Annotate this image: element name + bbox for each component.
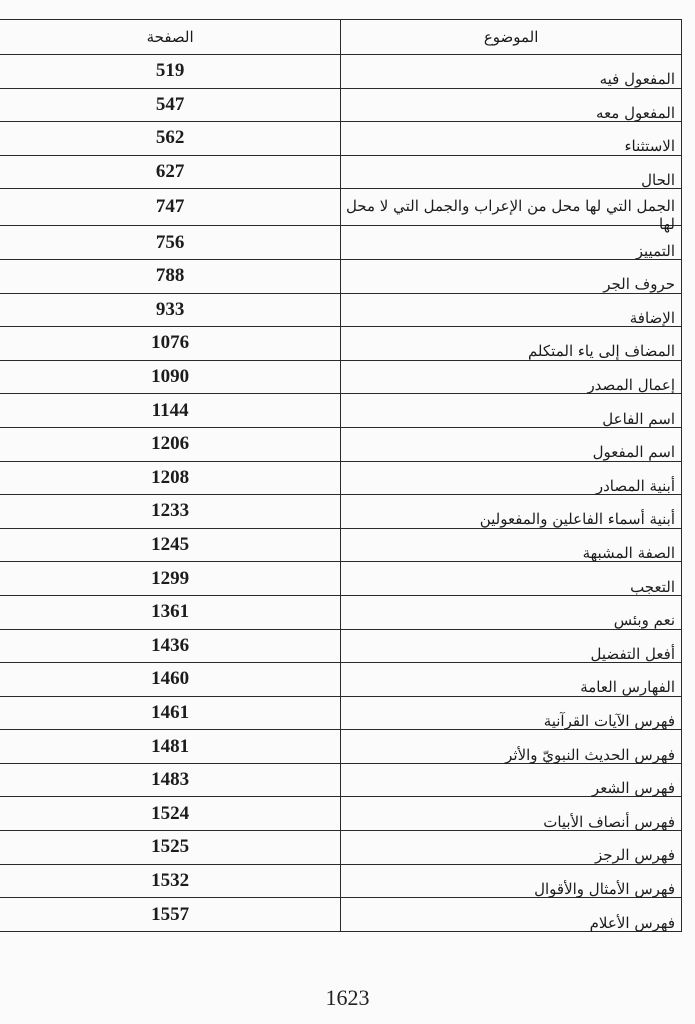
row-page-number: 1461: [0, 696, 341, 730]
row-topic: الصفة المشبهة: [583, 544, 675, 562]
row-page-number: 519: [0, 55, 341, 89]
row-topic: التمييز: [636, 242, 675, 260]
table-row: 1557فهرس الأعلام: [0, 898, 682, 932]
row-page-number: 1557: [0, 898, 341, 932]
row-page-number: 1524: [0, 797, 341, 831]
table-header-row: الصفحة الموضوع: [0, 20, 682, 55]
table-row: 1532فهرس الأمثال والأقوال: [0, 864, 682, 898]
row-page-number: 1460: [0, 663, 341, 697]
row-page-number: 1233: [0, 495, 341, 529]
row-topic-cell: التعجب: [341, 562, 682, 596]
row-page-number: 1436: [0, 629, 341, 663]
row-topic-cell: إعمال المصدر: [341, 360, 682, 394]
row-page-number: 562: [0, 122, 341, 156]
row-topic-cell: الفهارس العامة: [341, 663, 682, 697]
row-topic: إعمال المصدر: [587, 376, 675, 394]
row-page-number: 1361: [0, 595, 341, 629]
row-topic: المضاف إلى ياء المتكلم: [528, 342, 675, 360]
row-topic: فهرس الأمثال والأقوال: [534, 880, 675, 898]
row-page-number: 1090: [0, 360, 341, 394]
row-page-number: 788: [0, 259, 341, 293]
row-topic: الحال: [641, 171, 675, 189]
row-topic-cell: الاستثناء: [341, 122, 682, 156]
table-row: 1436أفعل التفضيل: [0, 629, 682, 663]
row-page-number: 1299: [0, 562, 341, 596]
row-topic: أبنية المصادر: [596, 477, 675, 495]
row-page-number: 1532: [0, 864, 341, 898]
row-topic-cell: الجمل التي لها محل من الإعراب والجمل الت…: [341, 189, 682, 226]
row-page-number: 756: [0, 226, 341, 260]
table-row: 1460الفهارس العامة: [0, 663, 682, 697]
header-topic: الموضوع: [341, 20, 682, 55]
row-topic-cell: فهرس الحديث النبويّ والأثر: [341, 730, 682, 764]
row-topic: الاستثناء: [625, 137, 676, 155]
table-row: 788حروف الجر: [0, 259, 682, 293]
table-row: 747الجمل التي لها محل من الإعراب والجمل …: [0, 189, 682, 226]
row-topic: المفعول معه: [596, 104, 675, 122]
table-row: 547المفعول معه: [0, 88, 682, 122]
row-page-number: 547: [0, 88, 341, 122]
row-page-number: 1208: [0, 461, 341, 495]
row-topic-cell: اسم المفعول: [341, 427, 682, 461]
table-row: 1361نعم وبئس: [0, 595, 682, 629]
table-row: 1481فهرس الحديث النبويّ والأثر: [0, 730, 682, 764]
table-row: 1206اسم المفعول: [0, 427, 682, 461]
row-page-number: 627: [0, 155, 341, 189]
table-row: 1144اسم الفاعل: [0, 394, 682, 428]
table-body: 519المفعول فيه547المفعول معه562الاستثناء…: [0, 55, 682, 932]
row-topic: المفعول فيه: [600, 70, 675, 88]
row-topic-cell: نعم وبئس: [341, 595, 682, 629]
row-topic: الفهارس العامة: [580, 678, 675, 696]
row-topic: الإضافة: [630, 309, 675, 327]
row-topic-cell: المفعول فيه: [341, 55, 682, 89]
row-topic-cell: الصفة المشبهة: [341, 528, 682, 562]
row-topic: أفعل التفضيل: [591, 645, 675, 663]
row-topic-cell: الحال: [341, 155, 682, 189]
row-topic: فهرس الشعر: [592, 779, 675, 797]
row-topic: أبنية أسماء الفاعلين والمفعولين: [480, 510, 675, 528]
table-row: 1299التعجب: [0, 562, 682, 596]
row-topic-cell: فهرس الرجز: [341, 831, 682, 865]
row-topic-cell: فهرس أنصاف الأبيات: [341, 797, 682, 831]
table-row: 1245الصفة المشبهة: [0, 528, 682, 562]
row-topic-cell: الإضافة: [341, 293, 682, 327]
row-topic: فهرس أنصاف الأبيات: [543, 813, 675, 831]
row-topic-cell: فهرس الآيات القرآنية: [341, 696, 682, 730]
row-page-number: 747: [0, 189, 341, 226]
table-row: 1525فهرس الرجز: [0, 831, 682, 865]
row-topic: الجمل التي لها محل من الإعراب والجمل الت…: [341, 197, 675, 233]
row-topic-cell: المضاف إلى ياء المتكلم: [341, 327, 682, 361]
row-page-number: 1076: [0, 327, 341, 361]
row-topic: فهرس الرجز: [595, 846, 675, 864]
row-topic-cell: اسم الفاعل: [341, 394, 682, 428]
row-topic: فهرس الأعلام: [590, 914, 675, 932]
row-topic-cell: فهرس الأمثال والأقوال: [341, 864, 682, 898]
table-row: 627الحال: [0, 155, 682, 189]
row-topic: فهرس الحديث النبويّ والأثر: [505, 746, 675, 764]
table-of-contents: الصفحة الموضوع 519المفعول فيه547المفعول …: [0, 19, 682, 932]
row-topic-cell: المفعول معه: [341, 88, 682, 122]
document-page: الصفحة الموضوع 519المفعول فيه547المفعول …: [0, 0, 695, 1024]
row-topic-cell: أبنية المصادر: [341, 461, 682, 495]
table-row: 1233أبنية أسماء الفاعلين والمفعولين: [0, 495, 682, 529]
table-row: 1524فهرس أنصاف الأبيات: [0, 797, 682, 831]
table-row: 562الاستثناء: [0, 122, 682, 156]
table-row: 519المفعول فيه: [0, 55, 682, 89]
row-page-number: 1483: [0, 763, 341, 797]
row-topic: نعم وبئس: [614, 611, 675, 629]
table-row: 1090إعمال المصدر: [0, 360, 682, 394]
row-page-number: 1206: [0, 427, 341, 461]
header-page: الصفحة: [0, 20, 341, 55]
table-row: 1208أبنية المصادر: [0, 461, 682, 495]
row-topic: اسم الفاعل: [602, 410, 675, 428]
table-row: 1076المضاف إلى ياء المتكلم: [0, 327, 682, 361]
row-topic-cell: فهرس الأعلام: [341, 898, 682, 932]
row-topic-cell: أبنية أسماء الفاعلين والمفعولين: [341, 495, 682, 529]
row-topic-cell: حروف الجر: [341, 259, 682, 293]
row-page-number: 933: [0, 293, 341, 327]
row-topic: اسم المفعول: [593, 443, 675, 461]
row-page-number: 1525: [0, 831, 341, 865]
row-topic: حروف الجر: [603, 275, 675, 293]
table-row: 1483فهرس الشعر: [0, 763, 682, 797]
row-page-number: 1481: [0, 730, 341, 764]
table-row: 1461فهرس الآيات القرآنية: [0, 696, 682, 730]
row-topic: التعجب: [630, 578, 675, 596]
row-page-number: 1245: [0, 528, 341, 562]
row-page-number: 1144: [0, 394, 341, 428]
row-topic: فهرس الآيات القرآنية: [544, 712, 675, 730]
table-row: 933الإضافة: [0, 293, 682, 327]
page-number: 1623: [0, 985, 695, 1011]
row-topic-cell: أفعل التفضيل: [341, 629, 682, 663]
row-topic-cell: فهرس الشعر: [341, 763, 682, 797]
